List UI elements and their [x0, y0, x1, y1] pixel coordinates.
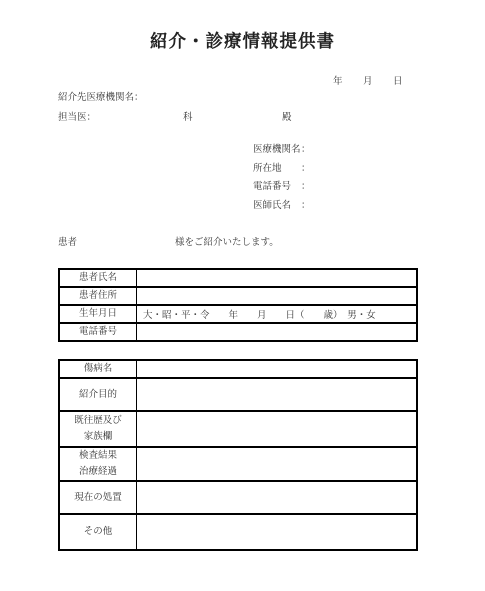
patient-address-value — [137, 287, 418, 305]
diagnosis-label: 傷病名 — [59, 360, 137, 378]
other-label: その他 — [59, 514, 137, 550]
sender-phone-colon: ： — [301, 181, 311, 192]
table-row-birthdate: 生年月日 大・昭・平・令 年 月 日（ 歳） 男・女 — [59, 305, 417, 323]
patient-intro-text: 様をご紹介いたします。 — [175, 234, 279, 248]
sender-phone-row: 電話番号： — [253, 178, 311, 197]
table-row-diagnosis: 傷病名 — [59, 360, 417, 378]
patient-label: 患者 — [58, 234, 77, 248]
sender-info-block: 医療機関名： 所在地： 電話番号： 医師氏名： — [253, 141, 311, 215]
table-row-history: 既往歴及び 家族欄 — [59, 411, 417, 447]
other-value — [137, 514, 418, 550]
current-treatment-value — [137, 481, 418, 514]
current-treatment-label: 現在の処置 — [59, 481, 137, 514]
history-family-value — [137, 411, 418, 447]
medical-detail-table: 傷病名 紹介目的 既往歴及び 家族欄 検査結果 治療経過 現在の処置 その他 — [58, 359, 418, 551]
table-row-referral-purpose: 紹介目的 — [59, 378, 417, 411]
form-title: 紹介・診療情報提供書 — [0, 28, 485, 53]
referral-purpose-label: 紹介目的 — [59, 378, 137, 411]
sender-institution-label: 医療機関名 — [253, 141, 301, 160]
sender-address-label: 所在地 — [253, 160, 301, 179]
referral-destination-label: 紹介先医療機関名： — [58, 89, 144, 103]
table-row-other: その他 — [59, 514, 417, 550]
phone-label: 電話番号 — [59, 323, 137, 341]
table-row-patient-address: 患者住所 — [59, 287, 417, 305]
table-row-current-treatment: 現在の処置 — [59, 481, 417, 514]
sender-phone-label: 電話番号 — [253, 178, 301, 197]
birthdate-label: 生年月日 — [59, 305, 137, 323]
birthdate-value: 大・昭・平・令 年 月 日（ 歳） 男・女 — [137, 305, 418, 323]
sender-address-row: 所在地： — [253, 160, 311, 179]
table-row-patient-name: 患者氏名 — [59, 269, 417, 287]
history-family-label: 既往歴及び 家族欄 — [59, 411, 137, 447]
date-line: 年 月 日 — [333, 73, 403, 87]
diagnosis-value — [137, 360, 418, 378]
sender-doctor-row: 医師氏名： — [253, 197, 311, 216]
table-row-phone: 電話番号 — [59, 323, 417, 341]
patient-address-label: 患者住所 — [59, 287, 137, 305]
sender-doctor-colon: ： — [301, 200, 311, 211]
sender-institution-colon: ： — [301, 144, 311, 155]
sender-address-colon: ： — [301, 163, 311, 174]
test-results-value — [137, 447, 418, 481]
table-row-test-results: 検査結果 治療経過 — [59, 447, 417, 481]
sender-doctor-label: 医師氏名 — [253, 197, 301, 216]
attending-doctor-label: 担当医： — [58, 109, 96, 123]
patient-info-table: 患者氏名 患者住所 生年月日 大・昭・平・令 年 月 日（ 歳） 男・女 電話番… — [58, 268, 418, 342]
sender-institution-row: 医療機関名： — [253, 141, 311, 160]
patient-name-value — [137, 269, 418, 287]
attending-honorific-label: 殿 — [282, 109, 292, 123]
test-results-label: 検査結果 治療経過 — [59, 447, 137, 481]
patient-name-label: 患者氏名 — [59, 269, 137, 287]
attending-department-label: 科 — [183, 109, 193, 123]
phone-value — [137, 323, 418, 341]
referral-form-page: 紹介・診療情報提供書 年 月 日 紹介先医療機関名： 担当医： 科 殿 医療機関… — [0, 0, 485, 591]
referral-purpose-value — [137, 378, 418, 411]
